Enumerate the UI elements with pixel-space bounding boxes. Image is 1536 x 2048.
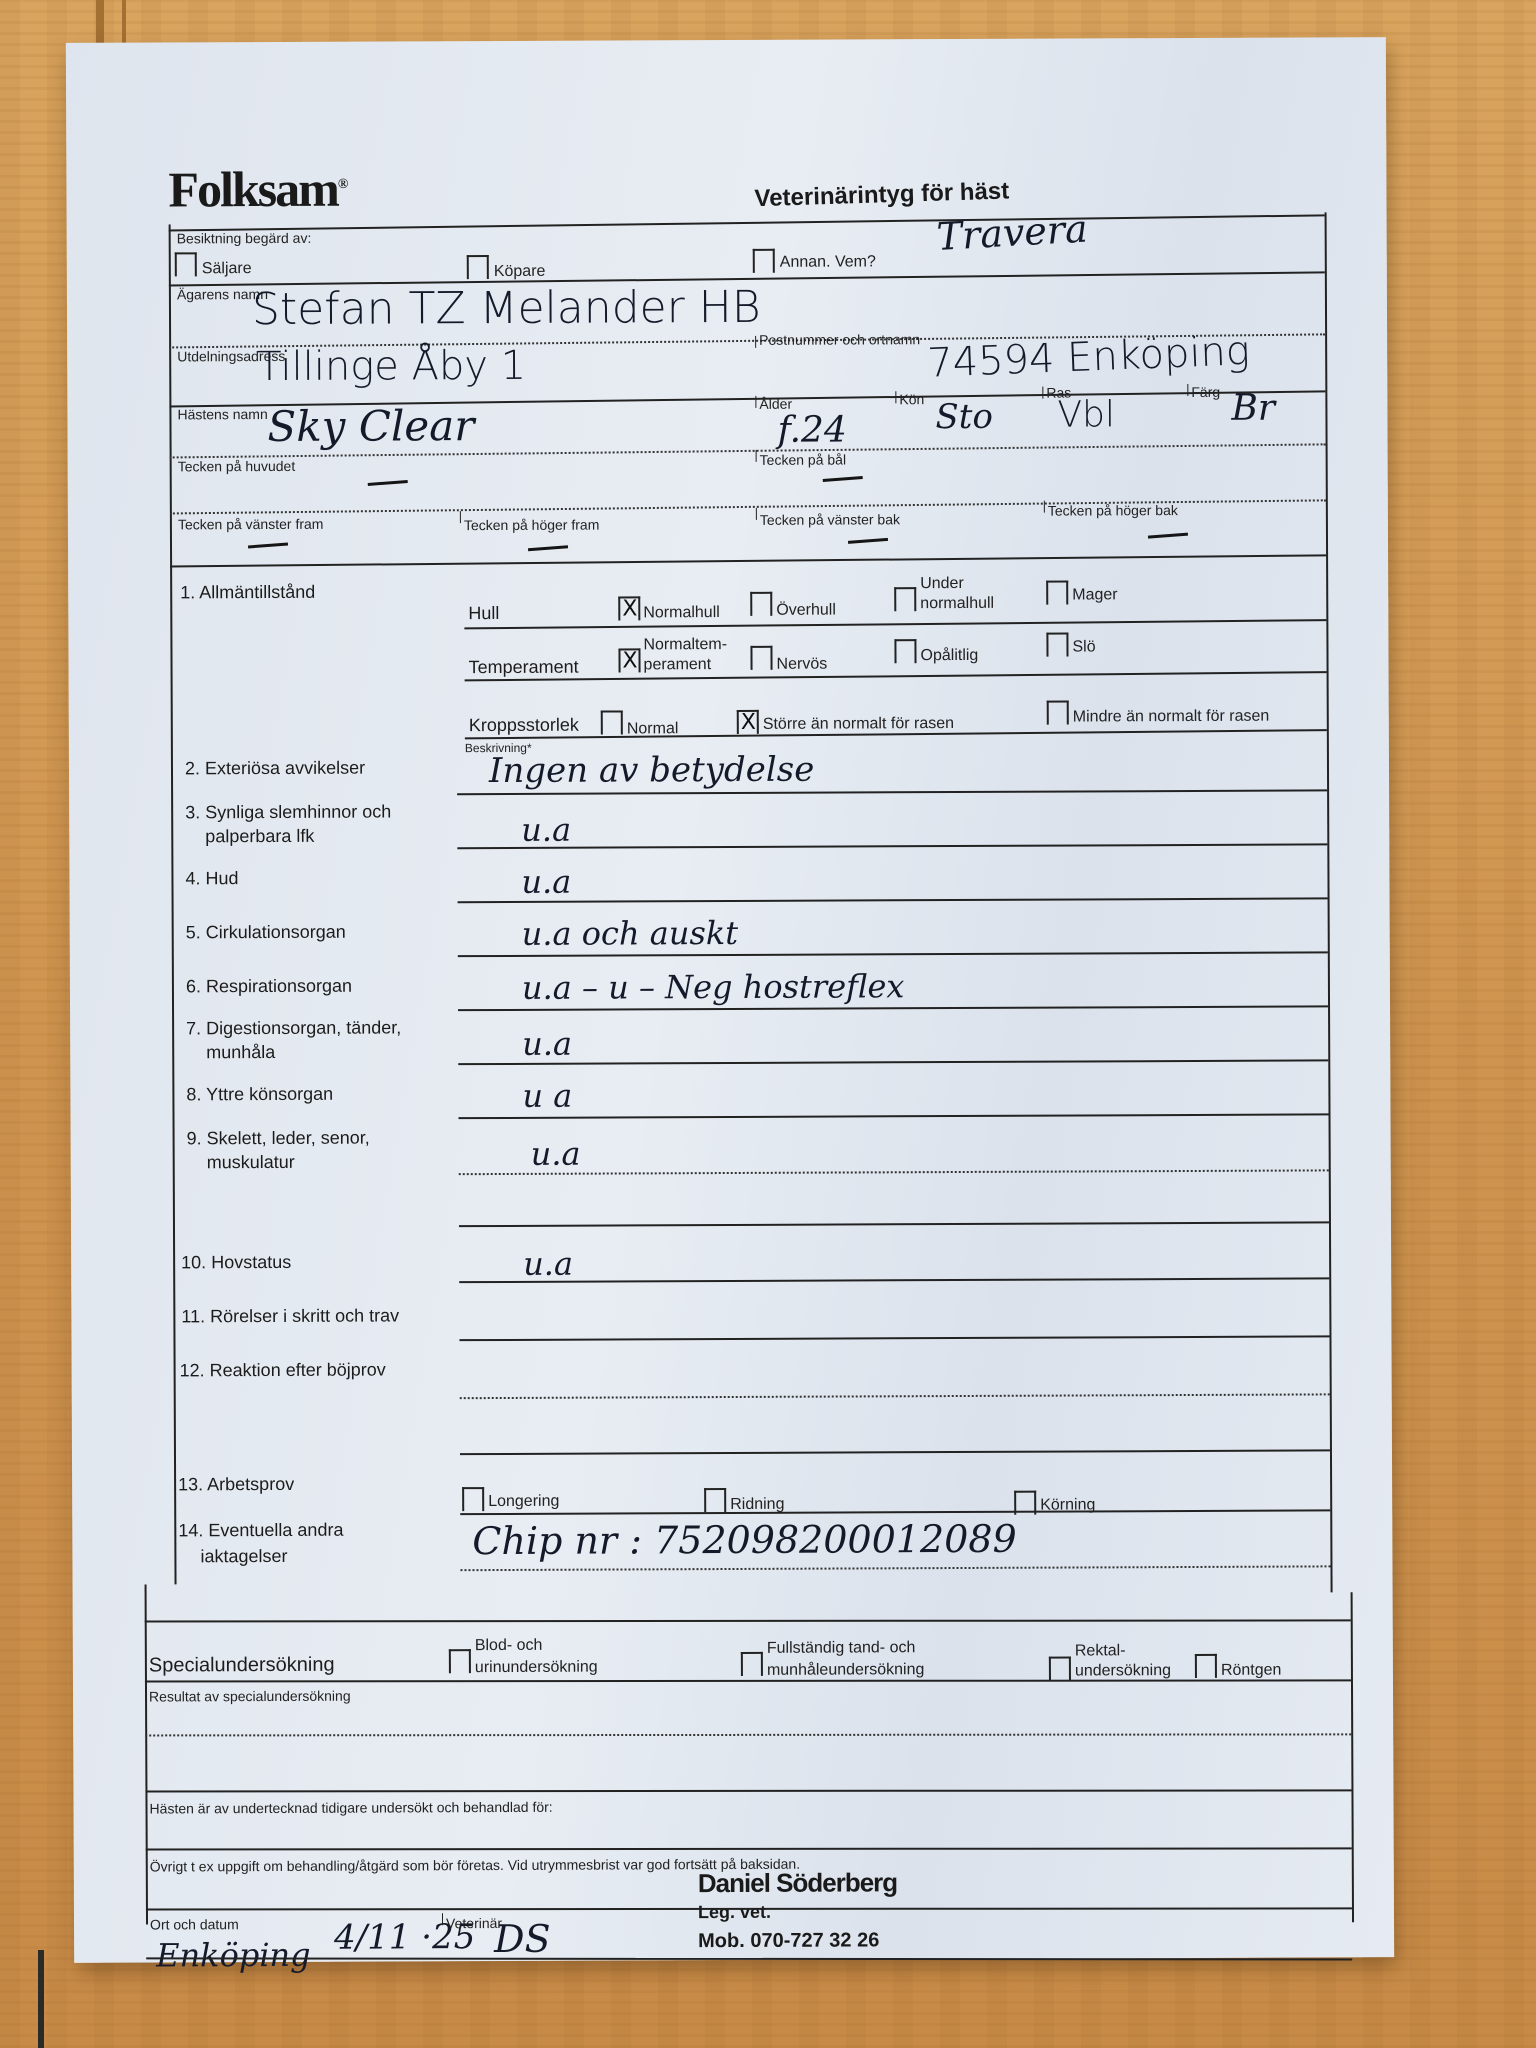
option-normalhull: Normalhull bbox=[643, 604, 720, 622]
option-rectal-line2: undersökning bbox=[1075, 1662, 1171, 1680]
field-tick bbox=[756, 450, 757, 462]
answer-line bbox=[460, 1509, 1330, 1515]
answer-line bbox=[460, 1449, 1330, 1455]
checkbox-xray[interactable] bbox=[1195, 1654, 1217, 1678]
answer-line bbox=[459, 1277, 1329, 1283]
divider bbox=[145, 1679, 1351, 1682]
general-condition-label: 1. Allmäntillstånd bbox=[180, 582, 315, 604]
marking-right-front-label: Tecken på höger fram bbox=[464, 517, 599, 534]
exam-item-7-value[interactable]: u.a bbox=[522, 1025, 572, 1063]
special-result-label: Resultat av specialundersökning bbox=[149, 1688, 351, 1705]
option-nervos: Nervös bbox=[776, 656, 827, 674]
checkbox-mager[interactable] bbox=[1046, 581, 1068, 605]
checkbox-overhull[interactable] bbox=[750, 592, 772, 616]
exam-item-9-label-2: muskulatur bbox=[207, 1152, 295, 1173]
marking-right-front-value[interactable] bbox=[528, 545, 568, 551]
form-border-left-lower bbox=[145, 1585, 148, 1925]
exam-item-3-label: 3. Synliga slemhinnor och bbox=[185, 801, 391, 823]
field-tick bbox=[1042, 387, 1043, 399]
option-other: Annan. Vem? bbox=[780, 253, 876, 271]
option-seller: Säljare bbox=[202, 260, 252, 278]
option-larger-than-normal: Större än normalt för rasen bbox=[763, 715, 954, 734]
form-border-right-lower bbox=[1351, 1592, 1354, 1922]
divider bbox=[464, 619, 1326, 629]
field-tick bbox=[1187, 384, 1188, 396]
previous-treatment-label: Hästen är av undertecknad tidigare under… bbox=[149, 1799, 552, 1817]
checkbox-rectal[interactable] bbox=[1049, 1657, 1071, 1681]
field-tick bbox=[442, 1913, 443, 1925]
vet-stamp-phone: Mob. 070-727 32 26 bbox=[698, 1929, 879, 1953]
checkbox-normalhull[interactable] bbox=[618, 596, 640, 620]
other-observations-label: 14. Eventuella andra bbox=[178, 1520, 343, 1542]
option-dental-line2: munhåleundersökning bbox=[767, 1661, 925, 1680]
marking-left-front-value[interactable] bbox=[248, 543, 288, 549]
checkbox-larger-than-normal[interactable] bbox=[737, 710, 759, 734]
option-longering: Longering bbox=[488, 1493, 559, 1511]
checkbox-normal-size[interactable] bbox=[601, 710, 623, 734]
marking-tail-value[interactable] bbox=[823, 476, 863, 482]
option-buyer: Köpare bbox=[494, 263, 546, 281]
vet-certificate-paper: Folksam® Veterinärintyg för häst Besiktn… bbox=[66, 37, 1394, 1963]
exam-item-10-value[interactable]: u.a bbox=[523, 1245, 573, 1283]
divider bbox=[146, 1847, 1352, 1850]
answer-line bbox=[459, 1221, 1329, 1227]
checkbox-other[interactable] bbox=[753, 249, 775, 273]
answer-line bbox=[457, 843, 1327, 849]
checkbox-seller[interactable] bbox=[175, 252, 197, 276]
brand-name: Folksam bbox=[168, 161, 338, 218]
form-title: Veterinärintyg för häst bbox=[754, 177, 1009, 213]
vet-stamp-name: Daniel Söderberg bbox=[698, 1867, 897, 1899]
option-dental-line1: Fullständig tand- och bbox=[767, 1639, 916, 1658]
marking-right-back-value[interactable] bbox=[1148, 533, 1188, 539]
form-border-left bbox=[169, 224, 177, 1584]
exam-item-6-value[interactable]: u.a – u – Neg hostreflex bbox=[522, 967, 905, 1007]
answer-line bbox=[458, 1059, 1328, 1065]
field-tick bbox=[755, 336, 756, 348]
brand-logo: Folksam® bbox=[168, 160, 346, 219]
body-size-label: Kroppsstorlek bbox=[469, 715, 579, 736]
field-tick bbox=[756, 508, 757, 520]
exam-item-10-label: 10. Hovstatus bbox=[181, 1252, 291, 1273]
exam-item-9-value[interactable]: u.a bbox=[531, 1135, 581, 1173]
divider bbox=[146, 1957, 1352, 1960]
option-rectal-line1: Rektal- bbox=[1075, 1642, 1126, 1660]
checkbox-blood-urine[interactable] bbox=[449, 1649, 471, 1673]
exam-item-7-label: 7. Digestionsorgan, tänder, bbox=[186, 1017, 401, 1039]
horse-name-value[interactable]: Sky Clear bbox=[267, 401, 474, 451]
horse-name-label: Hästens namn bbox=[177, 406, 267, 422]
checkbox-slo[interactable] bbox=[1046, 633, 1068, 657]
marking-head-value[interactable] bbox=[368, 480, 408, 486]
folder-edge bbox=[38, 1950, 44, 2048]
marking-right-back-label: Tecken på höger bak bbox=[1048, 502, 1178, 519]
field-tick bbox=[1044, 501, 1045, 513]
other-observations-label-2: iaktagelser bbox=[200, 1546, 287, 1567]
exam-item-6-label: 6. Respirationsorgan bbox=[186, 976, 352, 998]
option-blood-urine-line1: Blod- och bbox=[475, 1637, 543, 1655]
place-value[interactable]: Enköping bbox=[156, 1936, 311, 1975]
requested-by-label: Besiktning begärd av: bbox=[177, 230, 312, 247]
exam-item-4-value[interactable]: u.a bbox=[521, 863, 571, 901]
divider bbox=[145, 1789, 1351, 1792]
marking-left-back-value[interactable] bbox=[848, 538, 888, 544]
field-tick bbox=[755, 396, 756, 408]
checkbox-dental[interactable] bbox=[741, 1652, 763, 1676]
address-value[interactable]: Tillinge Åby 1 bbox=[257, 343, 526, 390]
exam-item-3-label-2: palperbara lfk bbox=[205, 826, 314, 847]
checkbox-longering[interactable] bbox=[462, 1487, 484, 1511]
hull-label: Hull bbox=[468, 603, 499, 624]
answer-line bbox=[459, 1169, 1329, 1175]
checkbox-normaltemperament[interactable] bbox=[618, 648, 640, 672]
exam-item-12-label: 12. Reaktion efter böjprov bbox=[180, 1360, 386, 1382]
exam-item-8-value[interactable]: u a bbox=[522, 1077, 572, 1115]
other-observations-value[interactable]: Chip nr : 752098200012089 bbox=[472, 1517, 1017, 1563]
option-slo: Slö bbox=[1072, 638, 1095, 656]
exam-item-7-label-2: munhåla bbox=[206, 1042, 275, 1063]
marking-head-label: Tecken på huvudet bbox=[178, 458, 296, 475]
color-label: Färg bbox=[1191, 384, 1220, 400]
answer-line bbox=[460, 1565, 1330, 1571]
vet-stamp-title: Leg. vet. bbox=[698, 1902, 771, 1923]
answer-line bbox=[460, 1393, 1330, 1399]
work-test-label: 13. Arbetsprov bbox=[178, 1474, 294, 1496]
divider bbox=[170, 554, 1326, 567]
form-border-right bbox=[1325, 212, 1333, 1592]
answer-line bbox=[459, 1113, 1329, 1119]
marking-tail-label: Tecken på bål bbox=[760, 451, 846, 467]
option-smaller-than-normal: Mindre än normalt för rasen bbox=[1073, 708, 1270, 727]
exam-item-3-value[interactable]: u.a bbox=[521, 811, 571, 849]
divider bbox=[465, 671, 1327, 681]
sex-label: Kön bbox=[899, 391, 924, 407]
checkbox-buyer[interactable] bbox=[467, 255, 489, 279]
sex-value[interactable]: Sto bbox=[935, 397, 993, 437]
marking-left-front-label: Tecken på vänster fram bbox=[178, 516, 324, 533]
option-under-normalhull-line2: normalhull bbox=[920, 595, 994, 613]
special-exam-label: Specialundersökning bbox=[149, 1654, 335, 1678]
age-value[interactable]: f.24 bbox=[777, 409, 846, 450]
color-value[interactable]: Br bbox=[1231, 388, 1275, 429]
exam-item-8-label: 8. Yttre könsorgan bbox=[186, 1084, 333, 1106]
temperament-label: Temperament bbox=[469, 657, 579, 678]
option-blood-urine-line2: urinundersökning bbox=[475, 1659, 598, 1678]
checkbox-nervos[interactable] bbox=[750, 646, 772, 670]
checkbox-under-normalhull[interactable] bbox=[894, 587, 916, 611]
exam-item-2-value[interactable]: Ingen av betydelse bbox=[489, 750, 814, 791]
place-date-label: Ort och datum bbox=[150, 1916, 239, 1932]
divider bbox=[145, 1619, 1351, 1622]
checkbox-ridning[interactable] bbox=[704, 1488, 726, 1512]
checkbox-smaller-than-normal[interactable] bbox=[1047, 701, 1069, 725]
exam-item-4-label: 4. Hud bbox=[185, 868, 238, 889]
exam-item-2-label: 2. Exteriösa avvikelser bbox=[185, 758, 365, 780]
option-normaltemperament-line1: Normaltem- bbox=[643, 636, 727, 654]
vet-signature[interactable]: DS bbox=[494, 1917, 551, 1961]
field-tick bbox=[460, 511, 461, 523]
option-mager: Mager bbox=[1072, 586, 1117, 604]
registered-mark: ® bbox=[338, 177, 347, 192]
answer-line bbox=[459, 1335, 1329, 1341]
breed-value[interactable]: Vbl bbox=[1057, 394, 1115, 435]
option-xray: Röntgen bbox=[1221, 1662, 1282, 1680]
exam-item-9-label: 9. Skelett, leder, senor, bbox=[187, 1128, 370, 1150]
marking-left-back-label: Tecken på vänster bak bbox=[760, 511, 900, 528]
option-under-normalhull-line1: Under bbox=[920, 575, 964, 593]
exam-item-5-value[interactable]: u.a och auskt bbox=[522, 914, 739, 953]
option-normaltemperament-line2: perament bbox=[643, 656, 711, 674]
exam-item-11-label: 11. Rörelser i skritt och trav bbox=[181, 1305, 399, 1327]
answer-line bbox=[145, 1733, 1351, 1736]
option-overhull: Överhull bbox=[776, 602, 836, 620]
other-requester-value[interactable]: Travera bbox=[936, 207, 1089, 259]
postal-label: Postnummer och ortnamn bbox=[759, 331, 920, 348]
exam-item-5-label: 5. Cirkulationsorgan bbox=[186, 922, 346, 944]
checkbox-opalitlig[interactable] bbox=[894, 639, 916, 663]
option-opalitlig: Opålitlig bbox=[920, 647, 978, 665]
answer-line bbox=[458, 897, 1328, 903]
owner-name-value[interactable]: Stefan TZ Melander HB bbox=[252, 282, 761, 335]
field-tick bbox=[895, 391, 896, 403]
